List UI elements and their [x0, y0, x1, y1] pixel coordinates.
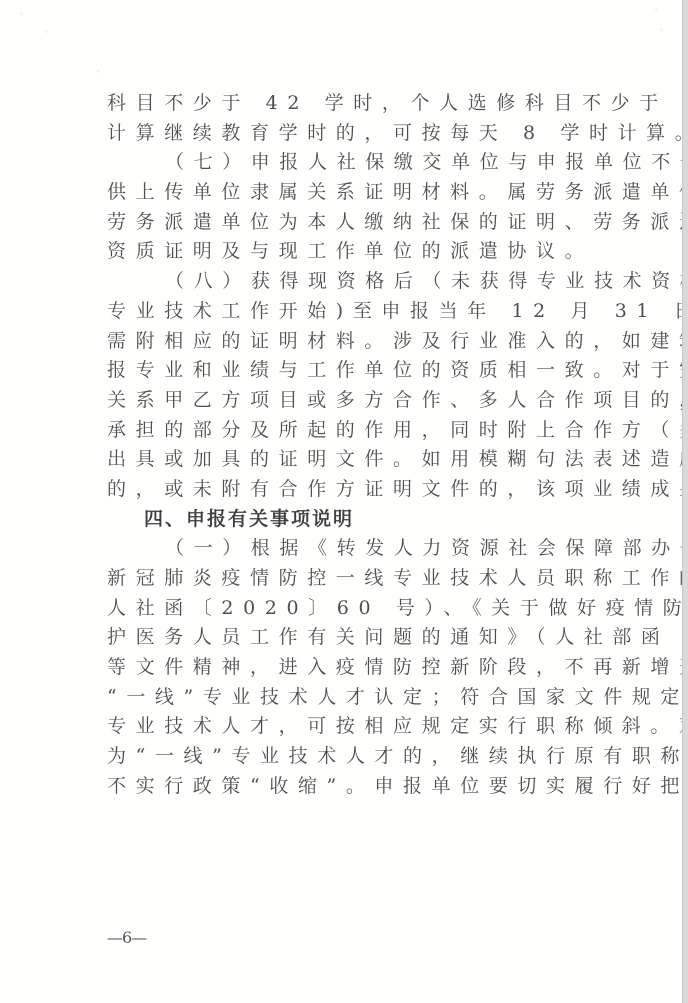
paper-speck — [20, 12, 23, 15]
text-line: 出具或加具的证明文件。如用模糊句法表述造成理解误差 — [107, 445, 607, 475]
text-line: 承担的部分及所起的作用，同时附上合作方（多方、多人） — [107, 416, 607, 446]
text-line: 关系甲乙方项目或多方合作、多人合作项目的，需列明本人 — [107, 386, 607, 416]
document-page: 科目不少于 42 学时，个人选修科目不少于 18 学时。按天数 计算继续教育学时… — [0, 0, 688, 1003]
text-line: 为“一线”专业技术人才的，继续执行原有职称激励政策， — [107, 742, 607, 772]
text-line: 计算继续教育学时的，可按每天 8 学时计算。 — [107, 119, 607, 149]
document-body: 科目不少于 42 学时，个人选修科目不少于 18 学时。按天数 计算继续教育学时… — [107, 89, 607, 802]
text-line: 专业技术工作开始)至申报当年 12 月 31 日的业绩成果情况， — [107, 297, 607, 327]
text-line: 科目不少于 42 学时，个人选修科目不少于 18 学时。按天数 — [107, 89, 607, 119]
text-line: 劳务派遣单位为本人缴纳社保的证明、劳务派遣单位的派遣 — [107, 208, 607, 238]
paper-speck — [660, 28, 663, 31]
paper-speck — [97, 70, 100, 73]
scrollbar-edge[interactable] — [682, 0, 688, 1003]
text-line: 供上传单位隶属关系证明材料。属劳务派遣单位的，需上传 — [107, 178, 607, 208]
text-line: 护医务人员工作有关问题的通知》（人社部函〔2023〕3 号） — [107, 623, 607, 653]
text-line: 专业技术人才，可按相应规定实行职称倾斜。对于原已认定 — [107, 712, 607, 742]
text-line: “一线”专业技术人才认定；符合国家文件规定的疫情防控 — [107, 683, 607, 713]
paragraph-start-line: （七）申报人社保缴交单位与申报单位不一致，需要提 — [107, 148, 607, 178]
text-line: 等文件精神，进入疫情防控新阶段，不再新增开展疫情防控 — [107, 653, 607, 683]
section-heading: 四、申报有关事项说明 — [107, 505, 607, 535]
text-line: 资质证明及与现工作单位的派遣协议。 — [107, 237, 607, 267]
paragraph-start-line: （一）根据《转发人力资源社会保障部办公厅关于做好 — [107, 534, 607, 564]
text-line: 的，或未附有合作方证明文件的，该项业绩成果无效。 — [107, 475, 607, 505]
text-line: 不实行政策“收缩”。申报单位要切实履行好把关责任，严 — [107, 772, 607, 802]
text-line: 人社函〔2020〕60 号）、《关于做好疫情防控新阶段关心爱 — [107, 594, 607, 624]
paragraph-start-line: （八）获得现资格后（未获得专业技术资格的，按从事 — [107, 267, 607, 297]
paper-speck — [45, 30, 48, 33]
text-line: 新冠肺炎疫情防控一线专业技术人员职称工作的通知》（粤 — [107, 564, 607, 594]
page-number: —6— — [107, 928, 146, 947]
text-line: 需附相应的证明材料。涉及行业准入的，如建筑等，要求申 — [107, 327, 607, 357]
text-line: 报专业和业绩与工作单位的资质相一致。对于完成发包承揽 — [107, 356, 607, 386]
paper-speck — [655, 8, 658, 11]
